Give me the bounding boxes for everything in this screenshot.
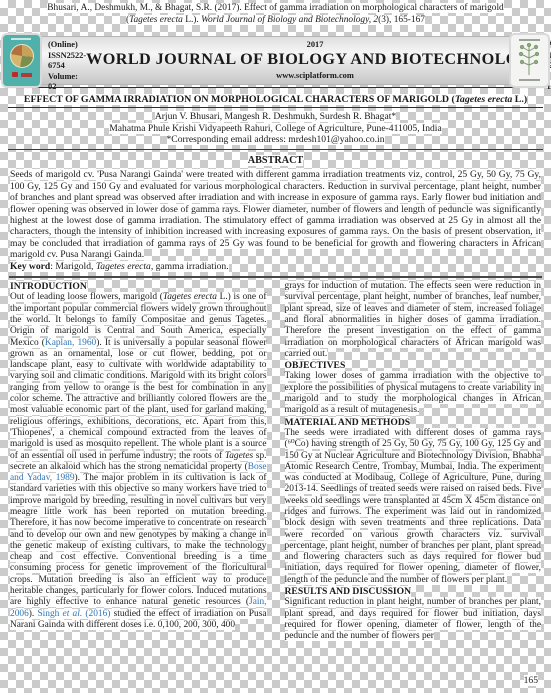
section-heading-introduction: INTRODUCTION [10, 281, 267, 292]
rule-above-title [8, 87, 543, 88]
species-name: Tagetes erecta [96, 261, 151, 272]
keyword-line: Key word: Marigold, Tagetes erecta, gamm… [10, 261, 541, 272]
corresponding-email-line: *Corresponding email address: mrdesh101@… [0, 134, 551, 145]
results-paragraph: Significant reduction in plant height, n… [285, 597, 542, 642]
species-name: Tagetes erecta [455, 94, 513, 105]
article-title: EFFECT OF GAMMA IRRADIATION ON MORPHOLOG… [0, 94, 551, 105]
heart-icon [12, 72, 18, 77]
abstract-paragraph: Seeds of marigold cv. 'Pusa Narangi Gain… [10, 169, 541, 260]
section-heading-results-discussion: RESULTS AND DISCUSSION [285, 586, 542, 597]
citation: Bhusari, A., Deshmukh, M., & Bhagat, S.R… [0, 0, 551, 26]
logo-title-line [11, 38, 31, 40]
website-label: www.sciplatform.com [86, 71, 544, 82]
introduction-paragraph: Out of leading loose flowers, marigold (… [10, 292, 267, 631]
journal-cover-logo [3, 35, 40, 86]
pie-figure-icon [10, 44, 34, 68]
masthead-center: 2017 WORLD JOURNAL OF BIOLOGY AND BIOTEC… [86, 40, 544, 81]
issn-online: ISSN2522-6754 [48, 51, 86, 72]
rule-below-title [8, 107, 543, 108]
rule-below-byline [8, 149, 543, 150]
plant-branch-icon [517, 43, 542, 77]
methods-paragraph: The seeds were irradiated with different… [285, 428, 542, 586]
objectives-paragraph: Taking lower doses of gamma irradiation … [285, 371, 542, 416]
species-name: Tagetes erecta [163, 292, 217, 302]
page-number: 165 [524, 675, 538, 686]
introduction-continuation-paragraph: grays for induction of mutation. The eff… [285, 281, 542, 360]
online-label: (Online) [48, 40, 86, 51]
logo-bottom-text [519, 79, 540, 81]
species-name: Tagetes [225, 451, 253, 461]
journal-name: World Journal of Biology and Biotechnolo… [201, 15, 378, 25]
authors-line: Arjun V. Bhusari, Mangesh R. Deshmukh, S… [0, 111, 551, 122]
body-columns: INTRODUCTION Out of leading loose flower… [0, 278, 551, 643]
left-column: INTRODUCTION Out of leading loose flower… [10, 281, 267, 643]
citation-text: Bhusari, A., Deshmukh, M., & Bhagat, S.R… [47, 3, 504, 13]
right-column: grays for induction of mutation. The eff… [285, 281, 542, 643]
citation-link-kaplan-1960[interactable]: Kaplan, 1960 [45, 338, 96, 348]
logo-top-text [519, 39, 540, 41]
citation-line-1: Bhusari, A., Deshmukh, M., & Bhagat, S.R… [0, 3, 551, 15]
section-heading-material-methods: MATERIAL AND METHODS [285, 417, 542, 428]
citation-link-singh-2016[interactable]: Singh [37, 609, 62, 619]
plant-cover-logo [511, 35, 548, 86]
section-heading-objectives: OBJECTIVES [285, 360, 542, 371]
masthead-left: (Online) ISSN2522-6754 Volume: 02 [44, 40, 86, 81]
byline-block: Arjun V. Bhusari, Mangesh R. Deshmukh, S… [0, 111, 551, 145]
journal-page: Bhusari, A., Deshmukh, M., & Bhagat, S.R… [0, 0, 551, 693]
journal-title: WORLD JOURNAL OF BIOLOGY AND BIOTECHNOLO… [86, 51, 544, 68]
citation-link-singh-2016[interactable]: (2016) [82, 609, 110, 619]
abstract-heading: ABSTRACT [0, 155, 551, 166]
masthead: (Online) ISSN2522-6754 Volume: 02 2017 W… [0, 35, 551, 87]
citation-link-singh-2016[interactable]: et al. [63, 609, 83, 619]
masthead-band: (Online) ISSN2522-6754 Volume: 02 2017 W… [17, 36, 534, 85]
citation-line-2: (Tagetes erecta L.). World Journal of Bi… [0, 15, 551, 27]
volume-label: Volume: 02 [48, 72, 86, 93]
affiliation-line: Mahatma Phule Krishi Vidyapeeth Rahuri, … [0, 123, 551, 134]
logo-red-text [21, 73, 32, 77]
species-name: Tagetes erecta [129, 15, 183, 25]
